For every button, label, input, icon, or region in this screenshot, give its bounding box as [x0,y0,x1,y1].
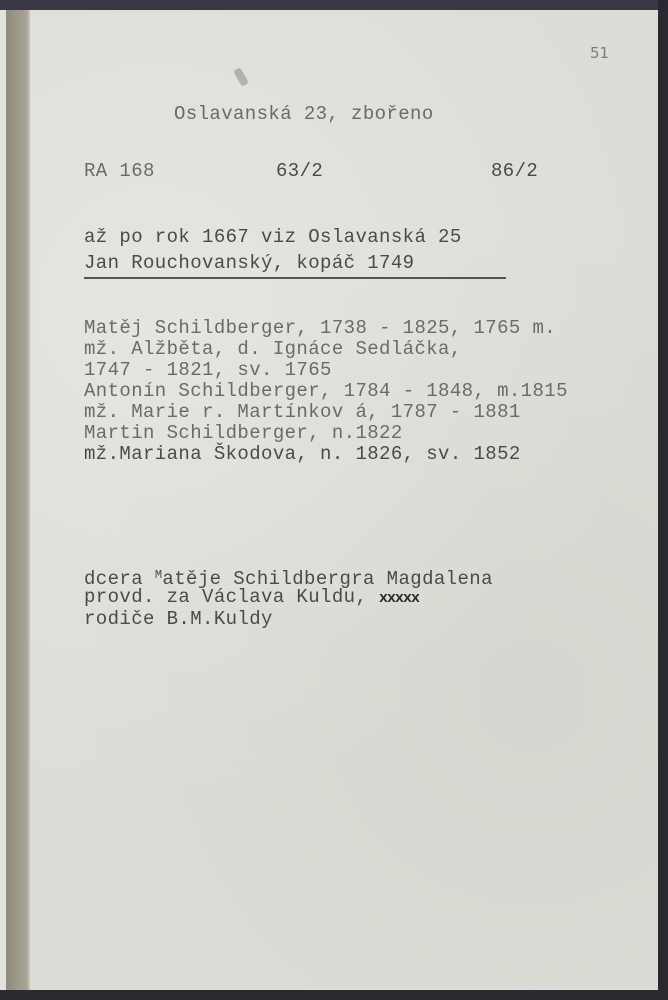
ink-smudge [233,67,249,87]
note-line-3: rodiče B.M.Kuldy [84,609,273,629]
intro-line-1: až po rok 1667 viz Oslavanská 25 [84,227,462,247]
scanner-bottom-border [0,990,668,1000]
owner-line-7: mž.Mariana Škodova, n. 1826, sv. 1852 [84,444,521,464]
document-title: Oslavanská 23, zbořeno [174,104,434,124]
owner-line-5: mž. Marie r. Martínkov á, 1787 - 1881 [84,402,521,422]
binding-spine [6,10,30,990]
note-line-2: provd. za Václava Kuldu, xxxxx [84,587,419,609]
intro-line-2: Jan Rouchovanský, kopáč 1749 [84,253,414,273]
struck-out-text: xxxxx [379,589,419,609]
scanner-top-border [0,0,668,10]
note-line-2-text: provd. za Václava Kuldu, [84,586,379,608]
ref-number-b: 86/2 [491,161,538,181]
page-number-mark: 51 [590,44,609,62]
owner-line-2: mž. Alžběta, d. Ignáce Sedláčka, [84,339,462,359]
ref-code: RA 168 [84,161,155,181]
scanner-right-border [658,0,668,1000]
owner-line-6: Martin Schildberger, n.1822 [84,423,403,443]
owner-line-4: Antonín Schildberger, 1784 - 1848, m.181… [84,381,568,401]
owner-line-3: 1747 - 1821, sv. 1765 [84,360,332,380]
owner-line-1: Matěj Schildberger, 1738 - 1825, 1765 m. [84,318,556,338]
section-divider [84,277,506,279]
ref-number-a: 63/2 [276,161,323,181]
document-page: 51 Oslavanská 23, zbořeno RA 168 63/2 86… [30,10,658,990]
